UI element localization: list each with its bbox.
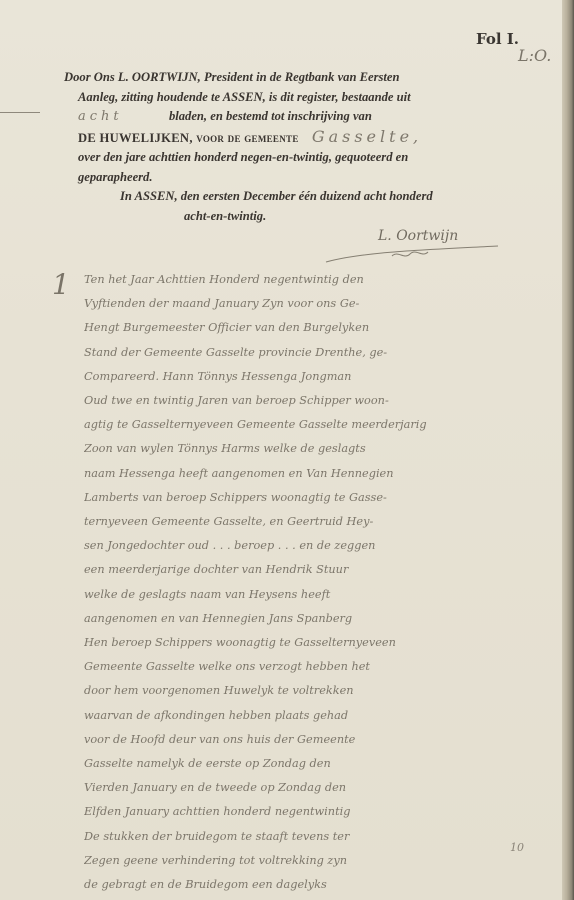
preamble-line-3-text: bladen, en bestemd tot inschrijving van — [169, 109, 372, 123]
preamble-line-8: acht-en-twintig. — [64, 207, 524, 227]
entry-line: Vierden January en de tweede op Zondag d… — [84, 776, 524, 800]
folio-handwritten-note: L:O. — [518, 46, 551, 65]
entry-line: een meerderjarige dochter van Hendrik St… — [84, 558, 524, 582]
entry-end-mark: 10 — [510, 841, 524, 854]
entry-number: 1 — [52, 268, 70, 301]
entry-line: Zegen geene verhindering tot voltrekking… — [84, 849, 524, 873]
entry-line: Oud twe en twintig Jaren van beroep Schi… — [84, 389, 524, 413]
entry-line: Compareerd. Hann Tönnys Hessenga Jongman — [84, 365, 524, 389]
entry-line: Lamberts van beroep Schippers woonagtig … — [84, 486, 524, 510]
entry-line: de gebragt en de Bruidegom een dagelyks — [84, 873, 524, 897]
folio-label: Fol I. — [476, 30, 519, 48]
preamble-line-4: DE HUWELIJKEN, voor de gemeente Gasselte… — [64, 127, 524, 149]
signature-flourish-icon — [322, 242, 502, 266]
entry-line: ternyeveen Gemeente Gasselte, en Geertru… — [84, 510, 524, 534]
entry-line: Gemeente Gasselte welke ons verzogt hebb… — [84, 655, 524, 679]
printed-preamble: Door Ons L. OORTWIJN, President in de Re… — [64, 68, 524, 226]
entry-line: aangenomen en van Hennegien Jans Spanber… — [84, 607, 524, 631]
entry-line: voor de Hoofd deur van ons huis der Geme… — [84, 728, 524, 752]
entry-line: agtig te Gasselternyeveen Gemeente Gasse… — [84, 413, 524, 437]
entry-line: waarvan de afkondingen hebben plaats geh… — [84, 704, 524, 728]
entry-line: Ten het Jaar Achttien Honderd negentwint… — [84, 268, 524, 292]
preamble-line-7: In ASSEN, den eersten December één duize… — [64, 187, 524, 207]
preamble-line-4-text: DE HUWELIJKEN, voor de gemeente — [78, 131, 299, 145]
entry-line: door hem voorgenomen Huwelyk te voltrekk… — [84, 679, 524, 703]
entry-line: De stukken der bruidegom te staaft teven… — [84, 825, 524, 849]
entry-line: Hengt Burgemeester Officier van den Burg… — [84, 316, 524, 340]
entry-line: Vyftienden der maand January Zyn voor on… — [84, 292, 524, 316]
entry-line: Elfden January achttien honderd negentwi… — [84, 800, 524, 824]
entry-line: welke de geslagts naam van Heysens heeft — [84, 583, 524, 607]
entry-line: Zoon van wylen Tönnys Harms welke de ges… — [84, 437, 524, 461]
preamble-line-5: over den jare achttien honderd negen-en-… — [64, 148, 524, 168]
entry-line: Stand der Gemeente Gasselte provincie Dr… — [84, 341, 524, 365]
register-page: Fol I. L:O. Door Ons L. OORTWIJN, Presid… — [0, 0, 562, 900]
book-binding-edge — [562, 0, 574, 900]
preamble-line-6: geparapheerd. — [64, 168, 524, 188]
preamble-line-1: Door Ons L. OORTWIJN, President in de Re… — [64, 68, 524, 88]
entry-line: Gasselte namelyk de eerste op Zondag den — [84, 752, 524, 776]
entry-line: sen Jongedochter oud . . . beroep . . . … — [84, 534, 524, 558]
leaves-count-handwritten: acht — [78, 109, 123, 124]
preamble-line-3: acht bladen, en bestemd tot inschrijving… — [64, 107, 524, 127]
municipality-handwritten: Gasselte, — [302, 127, 422, 146]
entry-line: naam Hessenga heeft aangenomen en Van He… — [84, 462, 524, 486]
entry-line: Hen beroep Schippers woonagtig te Gassel… — [84, 631, 524, 655]
handwritten-entry: Ten het Jaar Achttien Honderd negentwint… — [84, 268, 524, 897]
preamble-line-2: Aanleg, zitting houdende te ASSEN, is di… — [64, 88, 524, 108]
margin-pencil-mark — [0, 112, 40, 113]
